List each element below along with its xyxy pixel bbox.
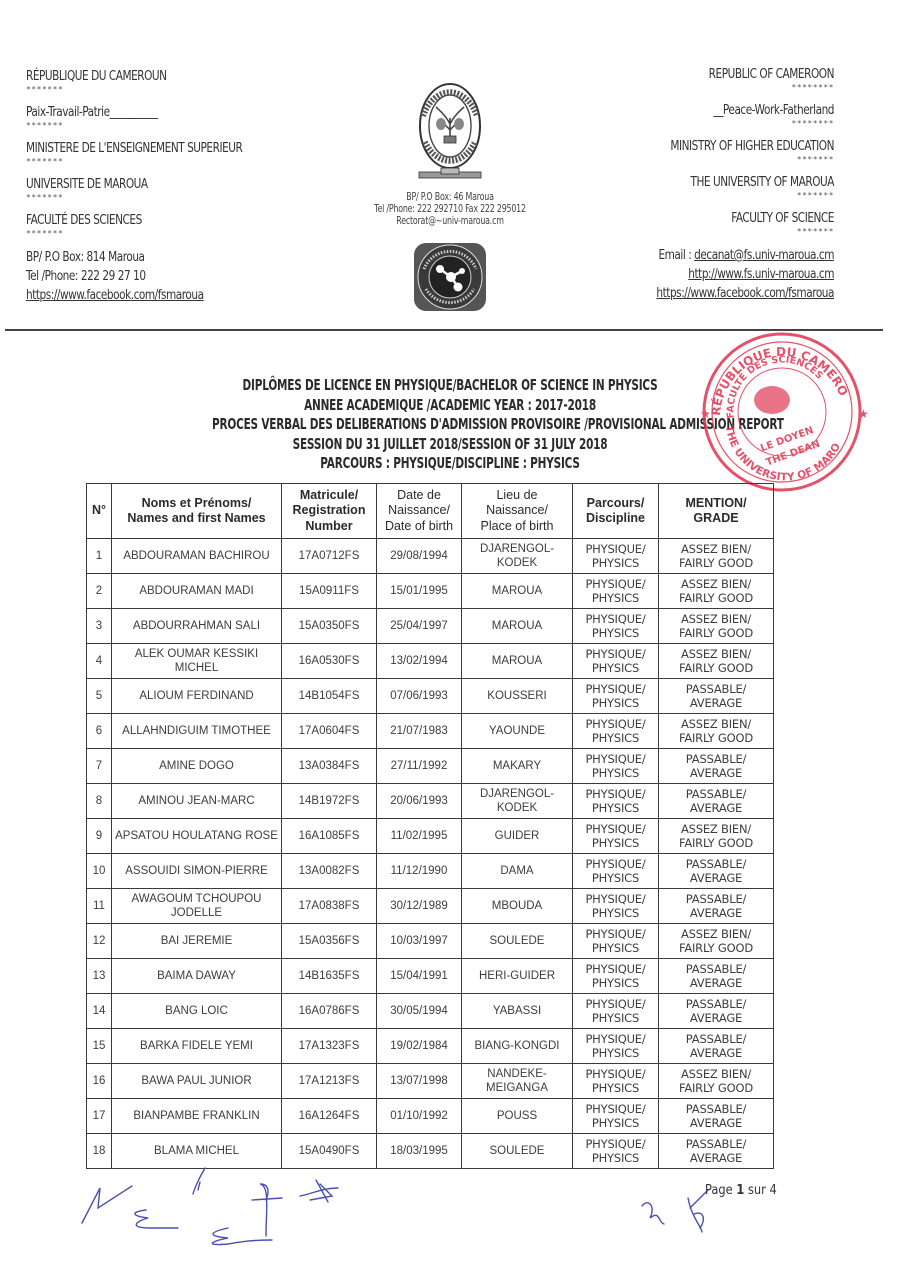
separator: ******* <box>26 85 346 95</box>
cell-no: 4 <box>87 644 112 679</box>
cell-pob: MBOUDA <box>462 889 573 924</box>
svg-text:★: ★ <box>858 407 869 421</box>
cell-dob: 21/07/1983 <box>377 714 462 749</box>
cell-discipline: PHYSIQUE/PHYSICS <box>573 714 659 749</box>
cell-no: 3 <box>87 609 112 644</box>
separator: ******** <box>504 119 834 129</box>
separator: ******* <box>504 227 834 237</box>
table-row: 3ABDOURRAHMAN SALI15A0350FS25/04/1997MAR… <box>87 609 774 644</box>
cell-dob: 11/12/1990 <box>377 854 462 889</box>
faculty-en: FACULTY OF SCIENCE <box>577 210 834 227</box>
university-seal-icon <box>417 80 483 186</box>
cell-registration: 16A0786FS <box>282 994 377 1029</box>
cell-name: AWAGOUM TCHOUPOU JODELLE <box>112 889 282 924</box>
signature-5-icon <box>252 1184 282 1236</box>
cell-registration: 15A0911FS <box>282 574 377 609</box>
cell-grade: PASSABLE/AVERAGE <box>659 889 774 924</box>
phone: Tel /Phone: 222 29 27 10 <box>26 267 276 286</box>
cell-pob: YAOUNDE <box>462 714 573 749</box>
cell-pob: POUSS <box>462 1099 573 1134</box>
cell-registration: 15A0356FS <box>282 924 377 959</box>
signature-6-icon <box>300 1180 338 1202</box>
facebook-link[interactable]: https://www.facebook.com/fsmaroua <box>577 284 834 303</box>
cell-grade: ASSEZ BIEN/FAIRLY GOOD <box>659 1064 774 1099</box>
cell-grade: PASSABLE/AVERAGE <box>659 854 774 889</box>
cell-name: BANG LOIC <box>112 994 282 1029</box>
separator: ******* <box>504 155 834 165</box>
cell-discipline: PHYSIQUE/PHYSICS <box>573 749 659 784</box>
cell-pob: HERI-GUIDER <box>462 959 573 994</box>
table-row: 12BAI JEREMIE15A0356FS10/03/1997SOULEDEP… <box>87 924 774 959</box>
cell-no: 17 <box>87 1099 112 1134</box>
cell-registration: 16A0530FS <box>282 644 377 679</box>
cell-discipline: PHYSIQUE/PHYSICS <box>573 1029 659 1064</box>
facebook-link[interactable]: https://www.facebook.com/fsmaroua <box>26 286 276 305</box>
motto-fr: Paix-Travail-Patrie__________ <box>26 104 276 121</box>
cell-pob: NANDEKE-MEIGANGA <box>462 1064 573 1099</box>
signatures <box>60 1160 860 1270</box>
col-header-no: N° <box>87 484 112 539</box>
cell-discipline: PHYSIQUE/PHYSICS <box>573 1064 659 1099</box>
svg-text:★: ★ <box>700 407 711 421</box>
cell-dob: 29/08/1994 <box>377 539 462 574</box>
cell-grade: PASSABLE/AVERAGE <box>659 784 774 819</box>
col-header-discipline: Parcours/Discipline <box>573 484 659 539</box>
faculty-fr: FACULTÉ DES SCIENCES <box>26 212 276 229</box>
cell-no: 7 <box>87 749 112 784</box>
website-link[interactable]: http://www.fs.univ-maroua.cm <box>577 265 834 284</box>
cell-discipline: PHYSIQUE/PHYSICS <box>573 574 659 609</box>
table-row: 15BARKA FIDELE YEMI17A1323FS19/02/1984BI… <box>87 1029 774 1064</box>
cell-dob: 19/02/1984 <box>377 1029 462 1064</box>
email-line: Email : decanat@fs.univ-maroua.cm <box>577 246 834 265</box>
cell-pob: YABASSI <box>462 994 573 1029</box>
cell-no: 9 <box>87 819 112 854</box>
cell-dob: 30/05/1994 <box>377 994 462 1029</box>
cell-registration: 14B1972FS <box>282 784 377 819</box>
cell-dob: 25/04/1997 <box>377 609 462 644</box>
table-row: 9APSATOU HOULATANG ROSE16A1085FS11/02/19… <box>87 819 774 854</box>
cell-registration: 16A1085FS <box>282 819 377 854</box>
cell-registration: 16A1264FS <box>282 1099 377 1134</box>
cell-no: 12 <box>87 924 112 959</box>
cell-grade: ASSEZ BIEN/FAIRLY GOOD <box>659 644 774 679</box>
cell-grade: PASSABLE/AVERAGE <box>659 749 774 784</box>
cell-registration: 14B1635FS <box>282 959 377 994</box>
separator: ******* <box>26 157 346 167</box>
cell-dob: 15/04/1991 <box>377 959 462 994</box>
cell-no: 15 <box>87 1029 112 1064</box>
cell-pob: SOULEDE <box>462 924 573 959</box>
cell-discipline: PHYSIQUE/PHYSICS <box>573 679 659 714</box>
signature-7-icon <box>642 1203 664 1224</box>
university-en: THE UNIVERSITY OF MAROUA <box>577 174 834 191</box>
cell-name: BARKA FIDELE YEMI <box>112 1029 282 1064</box>
cell-grade: PASSABLE/AVERAGE <box>659 1099 774 1134</box>
table-row: 5ALIOUM FERDINAND14B1054FS07/06/1993KOUS… <box>87 679 774 714</box>
cell-discipline: PHYSIQUE/PHYSICS <box>573 959 659 994</box>
title-academic-year: ANNEE ACADEMIQUE /ACADEMIC YEAR : 2017-2… <box>212 396 688 416</box>
cell-registration: 15A0350FS <box>282 609 377 644</box>
cell-pob: MAROUA <box>462 644 573 679</box>
cell-name: BIANPAMBE FRANKLIN <box>112 1099 282 1134</box>
col-header-grade: MENTION/GRADE <box>659 484 774 539</box>
cell-no: 14 <box>87 994 112 1029</box>
cell-discipline: PHYSIQUE/PHYSICS <box>573 1099 659 1134</box>
signature-1-icon <box>82 1186 132 1223</box>
table-row: 10ASSOUIDI SIMON-PIERRE13A0082FS11/12/19… <box>87 854 774 889</box>
title-session: SESSION DU 31 JUILLET 2018/SESSION OF 31… <box>212 435 688 455</box>
cell-discipline: PHYSIQUE/PHYSICS <box>573 609 659 644</box>
cell-dob: 20/06/1993 <box>377 784 462 819</box>
separator: ******* <box>504 191 834 201</box>
cell-pob: DAMA <box>462 854 573 889</box>
cell-no: 8 <box>87 784 112 819</box>
cell-name: AMINOU JEAN-MARC <box>112 784 282 819</box>
cell-name: ABDOURAMAN BACHIROU <box>112 539 282 574</box>
cell-registration: 17A0838FS <box>282 889 377 924</box>
cell-grade: ASSEZ BIEN/FAIRLY GOOD <box>659 609 774 644</box>
cell-no: 11 <box>87 889 112 924</box>
table-row: 2ABDOURAMAN MADI15A0911FS15/01/1995MAROU… <box>87 574 774 609</box>
cell-pob: GUIDER <box>462 819 573 854</box>
table-row: 8AMINOU JEAN-MARC14B1972FS20/06/1993DJAR… <box>87 784 774 819</box>
table-row: 16BAWA PAUL JUNIOR17A1213FS13/07/1998NAN… <box>87 1064 774 1099</box>
cell-pob: BIANG-KONGDI <box>462 1029 573 1064</box>
po-box: BP/ P.O Box: 814 Maroua <box>26 248 276 267</box>
country-fr: RÉPUBLIQUE DU CAMEROUN <box>26 68 276 85</box>
separator: ******* <box>26 229 346 239</box>
cell-grade: PASSABLE/AVERAGE <box>659 679 774 714</box>
cell-grade: PASSABLE/AVERAGE <box>659 1029 774 1064</box>
cell-name: AMINE DOGO <box>112 749 282 784</box>
cell-pob: KOUSSERI <box>462 679 573 714</box>
cell-registration: 13A0384FS <box>282 749 377 784</box>
ministry-en: MINISTRY OF HIGHER EDUCATION <box>577 138 834 155</box>
cell-name: ABDOURRAHMAN SALI <box>112 609 282 644</box>
table-row: 4ALEK OUMAR KESSIKI MICHEL16A0530FS13/02… <box>87 644 774 679</box>
cell-grade: ASSEZ BIEN/FAIRLY GOOD <box>659 574 774 609</box>
cell-discipline: PHYSIQUE/PHYSICS <box>573 539 659 574</box>
cell-name: ASSOUIDI SIMON-PIERRE <box>112 854 282 889</box>
dean-stamp-icon: RÉPUBLIQUE DU CAMEROUN FACULTÉ DES SCIEN… <box>690 326 870 496</box>
table-row: 7AMINE DOGO13A0384FS27/11/1992MAKARYPHYS… <box>87 749 774 784</box>
cell-grade: ASSEZ BIEN/FAIRLY GOOD <box>659 924 774 959</box>
cell-no: 6 <box>87 714 112 749</box>
col-header-name: Noms et Prénoms/Names and first Names <box>112 484 282 539</box>
cell-name: BAWA PAUL JUNIOR <box>112 1064 282 1099</box>
title-diploma: DIPLÔMES DE LICENCE EN PHYSIQUE/BACHELOR… <box>212 376 688 396</box>
cell-grade: ASSEZ BIEN/FAIRLY GOOD <box>659 819 774 854</box>
cell-pob: DJARENGOL-KODEK <box>462 539 573 574</box>
page-number: Page 1 sur 4 <box>705 1183 777 1198</box>
cell-no: 10 <box>87 854 112 889</box>
header-left: RÉPUBLIQUE DU CAMEROUN ******* Paix-Trav… <box>26 68 346 305</box>
cell-grade: ASSEZ BIEN/FAIRLY GOOD <box>659 539 774 574</box>
document-titles: DIPLÔMES DE LICENCE EN PHYSIQUE/BACHELOR… <box>110 376 790 474</box>
signature-3-icon <box>193 1168 205 1194</box>
admission-table: N° Noms et Prénoms/Names and first Names… <box>86 483 774 1169</box>
cell-name: BAI JEREMIE <box>112 924 282 959</box>
cell-pob: MAKARY <box>462 749 573 784</box>
cell-registration: 13A0082FS <box>282 854 377 889</box>
cell-name: APSATOU HOULATANG ROSE <box>112 819 282 854</box>
cell-no: 2 <box>87 574 112 609</box>
cell-dob: 30/12/1989 <box>377 889 462 924</box>
cell-pob: DJARENGOL-KODEK <box>462 784 573 819</box>
cell-discipline: PHYSIQUE/PHYSICS <box>573 784 659 819</box>
cell-name: BAIMA DAWAY <box>112 959 282 994</box>
cell-dob: 10/03/1997 <box>377 924 462 959</box>
cell-pob: MAROUA <box>462 574 573 609</box>
cell-discipline: PHYSIQUE/PHYSICS <box>573 819 659 854</box>
cell-discipline: PHYSIQUE/PHYSICS <box>573 644 659 679</box>
cell-discipline: PHYSIQUE/PHYSICS <box>573 889 659 924</box>
cell-no: 13 <box>87 959 112 994</box>
ministry-fr: MINISTERE DE L'ENSEIGNEMENT SUPERIEUR <box>26 140 276 157</box>
separator: ******* <box>26 193 346 203</box>
table-row: 6ALLAHNDIGUIM TIMOTHEE17A0604FS21/07/198… <box>87 714 774 749</box>
signature-4-icon <box>212 1228 272 1245</box>
separator: ******** <box>504 83 834 93</box>
table-header-row: N° Noms et Prénoms/Names and first Names… <box>87 484 774 539</box>
cell-discipline: PHYSIQUE/PHYSICS <box>573 994 659 1029</box>
separator: ******* <box>26 121 346 131</box>
table-row: 17BIANPAMBE FRANKLIN16A1264FS01/10/1992P… <box>87 1099 774 1134</box>
signature-2-icon <box>135 1210 178 1228</box>
title-report: PROCES VERBAL DES DELIBERATIONS D'ADMISS… <box>212 415 688 435</box>
cell-registration: 17A1213FS <box>282 1064 377 1099</box>
cell-grade: PASSABLE/AVERAGE <box>659 959 774 994</box>
table-body: 1ABDOURAMAN BACHIROU17A0712FS29/08/1994D… <box>87 539 774 1169</box>
table-row: 1ABDOURAMAN BACHIROU17A0712FS29/08/1994D… <box>87 539 774 574</box>
motto-en: __Peace-Work-Fatherland <box>577 102 834 119</box>
cell-dob: 13/07/1998 <box>377 1064 462 1099</box>
table-row: 13BAIMA DAWAY14B1635FS15/04/1991HERI-GUI… <box>87 959 774 994</box>
country-en: REPUBLIC OF CAMEROON <box>577 66 834 83</box>
header-right: REPUBLIC OF CAMEROON ******** __Peace-Wo… <box>504 66 834 303</box>
cell-name: ABDOURAMAN MADI <box>112 574 282 609</box>
cell-no: 5 <box>87 679 112 714</box>
cell-no: 1 <box>87 539 112 574</box>
cell-name: ALEK OUMAR KESSIKI MICHEL <box>112 644 282 679</box>
col-header-registration: Matricule/RegistrationNumber <box>282 484 377 539</box>
table-row: 14BANG LOIC16A0786FS30/05/1994YABASSIPHY… <box>87 994 774 1029</box>
university-fr: UNIVERSITE DE MAROUA <box>26 176 276 193</box>
cell-name: ALLAHNDIGUIM TIMOTHEE <box>112 714 282 749</box>
cell-registration: 17A0712FS <box>282 539 377 574</box>
cell-grade: ASSEZ BIEN/FAIRLY GOOD <box>659 714 774 749</box>
cell-dob: 15/01/1995 <box>377 574 462 609</box>
title-discipline: PARCOURS : PHYSIQUE/DISCIPLINE : PHYSICS <box>212 454 688 474</box>
cell-pob: MAROUA <box>462 609 573 644</box>
faculty-seal-icon <box>410 241 490 313</box>
cell-discipline: PHYSIQUE/PHYSICS <box>573 854 659 889</box>
cell-dob: 11/02/1995 <box>377 819 462 854</box>
col-header-dob: Date deNaissance/Date of birth <box>377 484 462 539</box>
cell-dob: 07/06/1993 <box>377 679 462 714</box>
cell-discipline: PHYSIQUE/PHYSICS <box>573 924 659 959</box>
cell-registration: 17A1323FS <box>282 1029 377 1064</box>
cell-registration: 14B1054FS <box>282 679 377 714</box>
cell-dob: 01/10/1992 <box>377 1099 462 1134</box>
table-row: 11AWAGOUM TCHOUPOU JODELLE17A0838FS30/12… <box>87 889 774 924</box>
col-header-pob: Lieu deNaissance/Place of birth <box>462 484 573 539</box>
email-link[interactable]: decanat@fs.univ-maroua.cm <box>694 247 834 263</box>
cell-name: ALIOUM FERDINAND <box>112 679 282 714</box>
email-label: Email : <box>658 247 694 263</box>
cell-registration: 17A0604FS <box>282 714 377 749</box>
cell-dob: 27/11/1992 <box>377 749 462 784</box>
cell-no: 16 <box>87 1064 112 1099</box>
cell-grade: PASSABLE/AVERAGE <box>659 994 774 1029</box>
cell-dob: 13/02/1994 <box>377 644 462 679</box>
